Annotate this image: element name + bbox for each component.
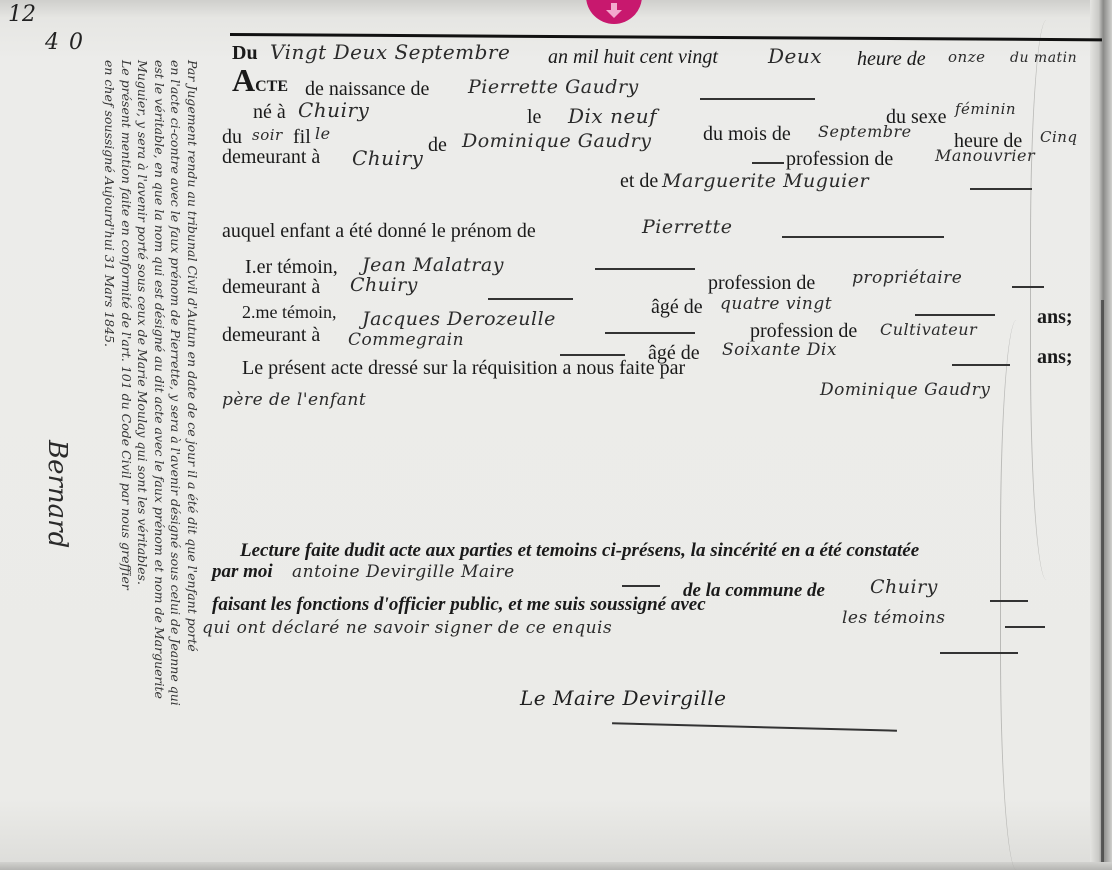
requisition-relation-handwritten: père de l'enfant [222,390,366,410]
birth-place-handwritten: Chuiry [298,98,369,122]
period-handwritten: soir [252,126,283,144]
le-label: le [527,106,541,129]
closing-line3: faisant les fonctions d'officier public,… [212,594,706,616]
witness1-age-handwritten: quatre vingt [720,294,832,314]
witness1-profession-label: profession de [708,272,815,295]
blank-rule [560,354,625,356]
blank-rule [1005,626,1045,628]
witness1-name-handwritten: Jean Malatray [362,254,504,276]
avec-handwritten: les témoins [842,608,945,628]
page-bottom-edge [0,862,1112,870]
witness1-age-label: âgé de [651,296,703,319]
prenom-handwritten: Pierrette [642,216,733,238]
par-moi-label: par moi [212,561,273,583]
margin-line: Par Jugement rendu au tribunal Civil d'A… [184,60,201,706]
fil-suffix-handwritten: le [315,124,331,143]
acte-initial: A [232,62,255,98]
profession-de-label: profession de [786,148,893,171]
blank-rule [752,162,784,164]
father-name-handwritten: Dominique Gaudry [462,130,651,152]
birth-day-handwritten: Dix neuf [568,104,657,128]
witness2-age-handwritten: Soixante Dix [722,340,837,360]
act-number: 40 [45,30,93,55]
arrow-down-icon [604,3,624,19]
margin-line: Le présent mention faite en conformité d… [118,60,135,706]
acte-title: ACTE [232,62,288,99]
requisition-by-handwritten: Dominique Gaudry [820,380,990,400]
sex-handwritten: féminin [955,100,1016,118]
witness1-residence-handwritten: Chuiry [350,274,418,296]
year-text: an mil huit cent vingt [548,46,718,69]
witness2-label: 2.me témoin, [242,302,336,323]
blank-rule [990,600,1028,602]
witness2-profession-handwritten: Cultivateur [880,320,977,339]
margin-line: en chef soussigné Aujourd'hui 31 Mars 18… [101,60,118,706]
document-scan: 12 40 Du Vingt Deux Septembre an mil hui… [0,0,1112,870]
download-button[interactable] [586,0,642,24]
witness2-residence-handwritten: Commegrain [348,330,464,350]
closing-line1: Lecture faite dudit acte aux parties et … [240,540,919,562]
blank-rule [940,652,1018,654]
blank-rule [622,585,660,587]
parents-residence-handwritten: Chuiry [352,146,423,170]
paper-crease [1000,320,1041,870]
witness2-name-handwritten: Jacques Derozeulle [362,308,556,330]
blank-rule [700,98,815,100]
et-de-label: et de [620,170,658,193]
witness1-profession-handwritten: propriétaire [852,268,962,288]
margin-line: en l'acte ci-contre avec le faux prénom … [167,60,184,706]
witness1-demeurant-label: demeurant à [222,276,320,299]
closing-line4-handwritten: qui ont déclaré ne savoir signer de ce e… [202,618,612,638]
header-heure-de: heure de [857,48,926,71]
witness1-ans-label: ans; [1037,306,1073,329]
blank-rule [970,188,1032,190]
clerk-signature-handwritten: Bernard [42,440,72,548]
signature-underline [612,722,897,731]
mayor-signature-handwritten: Le Maire Devirgille [520,686,726,710]
blank-rule [595,268,695,270]
hour-handwritten: onze [948,48,985,66]
demeurant-a-label: demeurant à [222,146,320,169]
child-name-handwritten: Pierrette Gaudry [468,76,639,98]
month-handwritten: Septembre [818,122,912,141]
period-handwritten: du matin [1010,50,1077,66]
blank-rule [952,364,1010,366]
prenom-label: auquel enfant a été donné le prénom de [222,220,536,243]
blank-rule [605,332,695,334]
ne-a-label: né à [253,101,286,124]
blank-rule [488,298,573,300]
margin-line: Muguier, y sera à l'avenir porté sous ce… [134,60,151,706]
witness2-demeurant-label: demeurant à [222,324,320,347]
acte-rest: CTE [255,78,288,95]
blank-rule [915,314,995,316]
birth-hour-handwritten: Cinq [1040,128,1078,146]
officer-handwritten: antoine Devirgille Maire [292,562,515,582]
de-label: de [428,134,447,157]
witness2-ans-label: ans; [1037,346,1073,369]
blank-rule [782,236,944,238]
requisition-label: Le présent acte dressé sur la réquisitio… [242,357,685,380]
du-mois-de-label: du mois de [703,123,791,146]
margin-annotation-text: Par Jugement rendu au tribunal Civil d'A… [101,60,200,706]
page-edge-shadow [1101,300,1104,870]
page-number: 12 [8,2,36,27]
year-handwritten: Deux [768,44,822,68]
mother-name-handwritten: Marguerite Muguier [662,170,869,192]
date-handwritten: Vingt Deux Septembre [270,40,510,64]
father-profession-handwritten: Manouvrier [935,146,1035,165]
margin-line: est le véritable, en que la nom qui est … [151,60,168,706]
blank-rule [1012,286,1044,288]
commune-handwritten: Chuiry [870,576,938,598]
